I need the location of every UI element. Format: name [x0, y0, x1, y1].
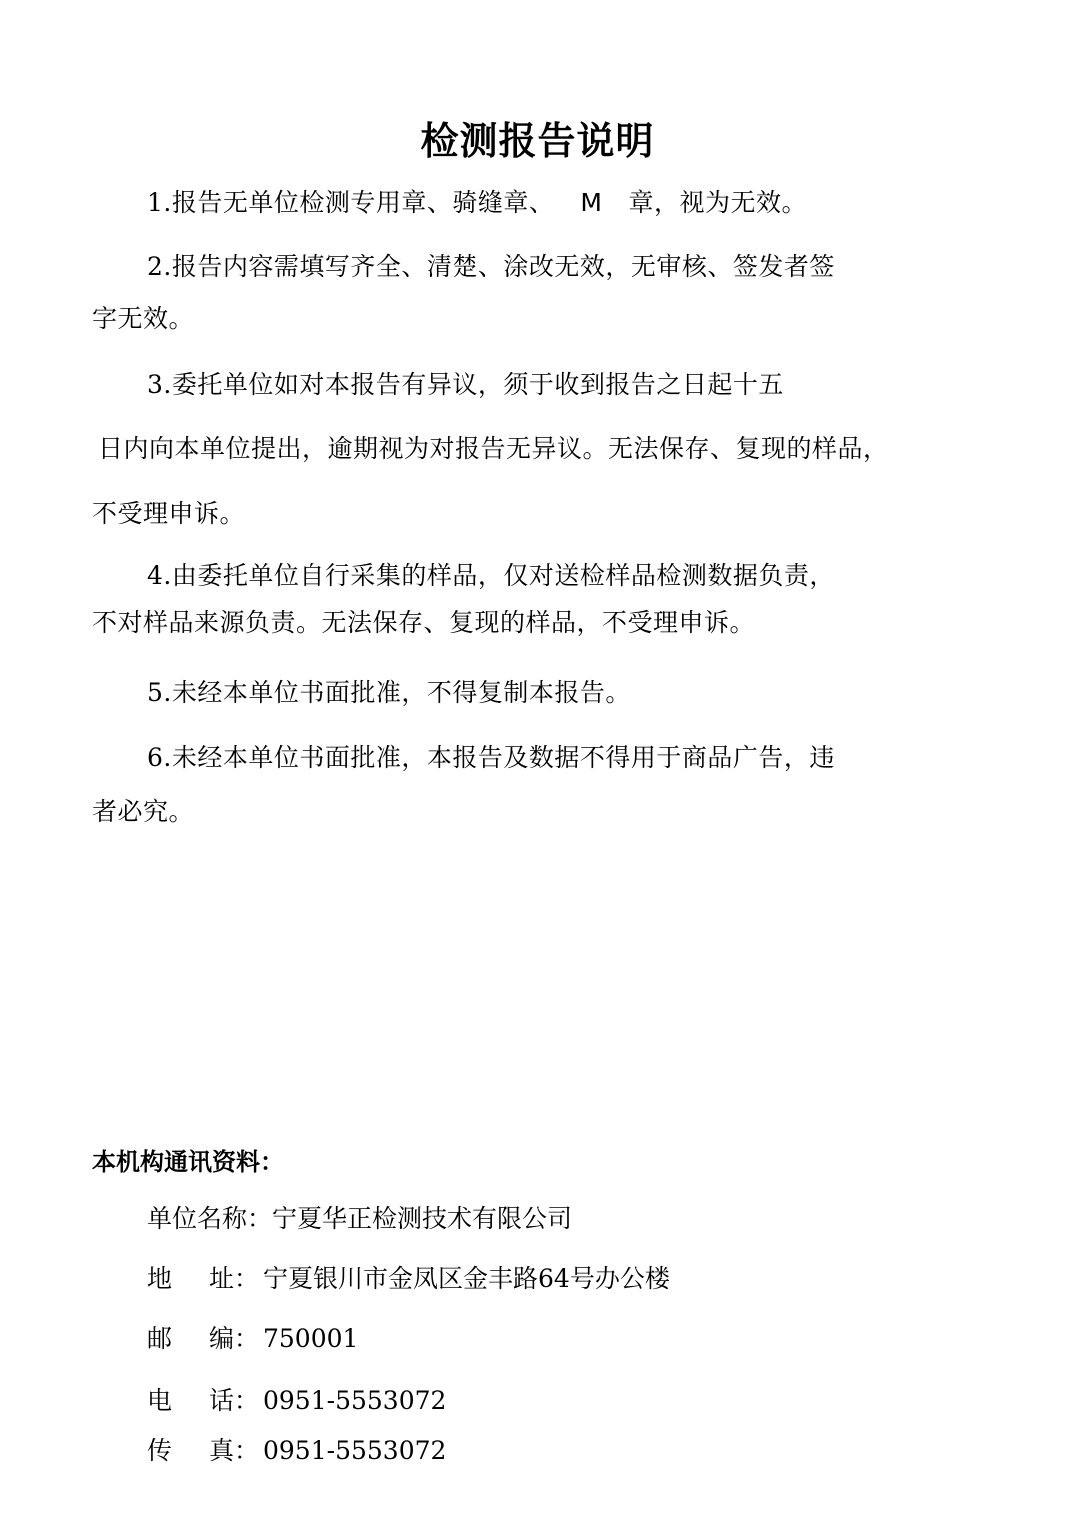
contact-value: 0951-5553072: [263, 1386, 446, 1415]
clause-text: 报告内容需填写齐全、清楚、涂改无效，无审核、签发者签: [172, 252, 835, 281]
clause-number: 1.: [147, 188, 172, 217]
page-title: 检测报告说明: [0, 116, 1075, 166]
contact-label: 单位名称：: [147, 1202, 272, 1236]
contact-row-address: 地址：宁夏银川市金凤区金丰路64号办公楼: [147, 1262, 670, 1296]
contact-label: 邮编：: [147, 1322, 263, 1356]
clause-number: 6.: [147, 743, 172, 772]
contact-value: 0951-5553072: [263, 1436, 446, 1465]
contact-label-char: 地: [147, 1262, 209, 1296]
clause-number: 4.: [147, 561, 172, 590]
clause-1: 1.报告无单位检测专用章、骑缝章、M章，视为无效。: [147, 186, 807, 220]
clause-text: 报告无单位检测专用章、骑缝章、: [172, 188, 555, 217]
contact-row-phone: 电话：0951-5553072: [147, 1384, 446, 1418]
clause-5: 5.未经本单位书面批准，不得复制本报告。: [147, 676, 631, 710]
clause-text: 未经本单位书面批准，本报告及数据不得用于商品广告，违: [172, 743, 835, 772]
contact-label-char: 址：: [209, 1264, 259, 1293]
m-mark-symbol: M: [580, 188, 602, 217]
contact-label-char: 话：: [209, 1386, 259, 1415]
document-page: 检测报告说明 1.报告无单位检测专用章、骑缝章、M章，视为无效。 2.报告内容需…: [0, 0, 1075, 1521]
clause-2-continuation: 字无效。: [92, 302, 194, 336]
contact-label-char: 传: [147, 1434, 209, 1468]
clause-number: 2.: [147, 252, 172, 281]
contact-value: 宁夏银川市金凤区金丰路64号办公楼: [263, 1264, 670, 1293]
clause-text: 未经本单位书面批准，不得复制本报告。: [172, 678, 631, 707]
clause-number: 3.: [147, 370, 172, 399]
contact-row-company: 单位名称：宁夏华正检测技术有限公司: [147, 1202, 572, 1236]
clause-6-continuation: 者必究。: [92, 795, 194, 829]
contact-label-char: 电: [147, 1384, 209, 1418]
clause-text: 由委托单位自行采集的样品，仅对送检样品检测数据负责，: [172, 561, 835, 590]
clause-3: 3.委托单位如对本报告有异议，须于收到报告之日起十五: [147, 368, 784, 402]
contact-row-postcode: 邮编：750001: [147, 1322, 358, 1356]
clause-3-continuation-1: 日内向本单位提出，逾期视为对报告无异议。无法保存、复现的样品，: [98, 432, 889, 466]
clause-3-continuation-2: 不受理申诉。: [92, 497, 245, 531]
clause-text: 章，视为无效。: [628, 188, 807, 217]
clause-4-continuation: 不对样品来源负责。无法保存、复现的样品，不受理申诉。: [92, 606, 755, 640]
contact-row-fax: 传真：0951-5553072: [147, 1434, 446, 1468]
clause-2: 2.报告内容需填写齐全、清楚、涂改无效，无审核、签发者签: [147, 250, 835, 284]
contact-label-char: 编：: [209, 1324, 259, 1353]
contact-label: 电话：: [147, 1384, 263, 1418]
contact-value: 宁夏华正检测技术有限公司: [272, 1204, 572, 1233]
contact-heading: 本机构通讯资料：: [92, 1145, 284, 1179]
contact-label-char: 真：: [209, 1436, 259, 1465]
clause-4: 4.由委托单位自行采集的样品，仅对送检样品检测数据负责，: [147, 559, 835, 593]
clause-text: 委托单位如对本报告有异议，须于收到报告之日起十五: [172, 370, 784, 399]
contact-value: 750001: [263, 1324, 358, 1353]
contact-label: 传真：: [147, 1434, 263, 1468]
contact-label: 地址：: [147, 1262, 263, 1296]
contact-label-char: 邮: [147, 1322, 209, 1356]
clause-6: 6.未经本单位书面批准，本报告及数据不得用于商品广告，违: [147, 741, 835, 775]
clause-number: 5.: [147, 678, 172, 707]
